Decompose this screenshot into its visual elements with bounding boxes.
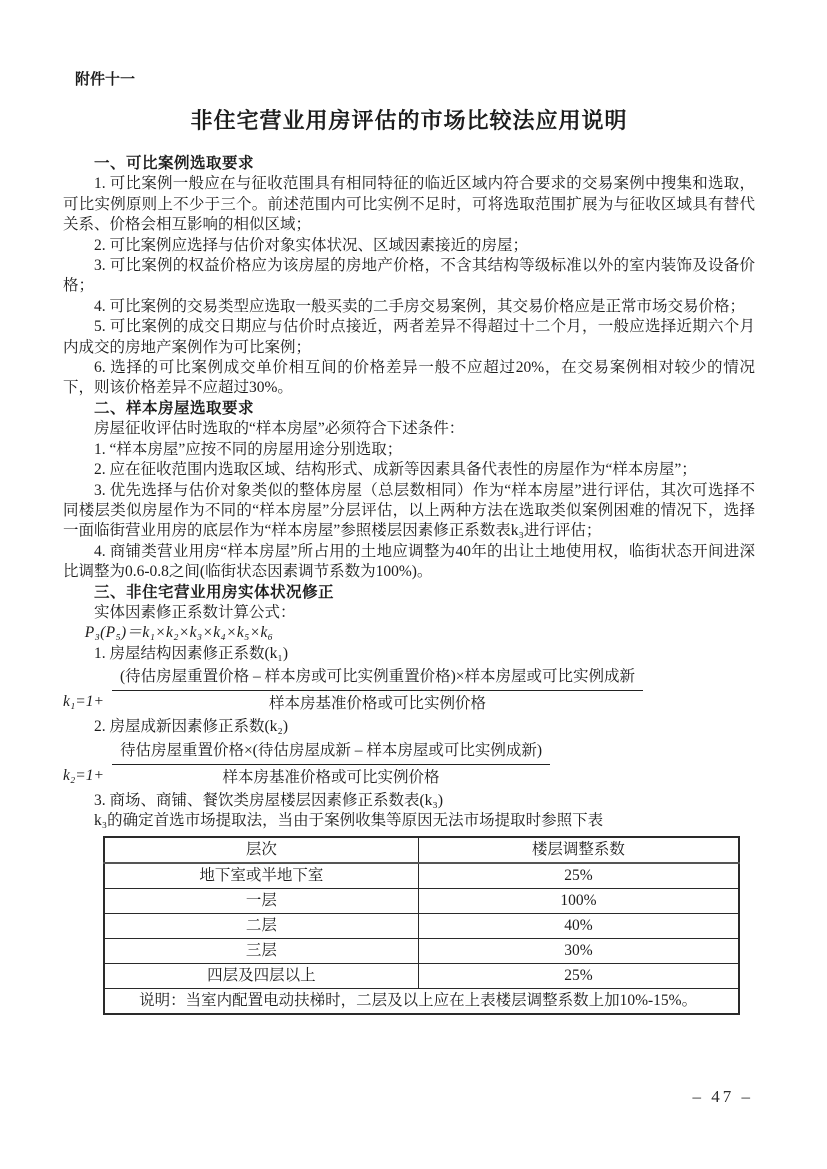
table-header-coefficient: 楼层调整系数 [418,837,739,863]
table-header-floor: 层次 [104,837,418,863]
formula-k1-denominator: 样本房基准价格或可比实例价格 [112,691,643,714]
floor-adjustment-table: 层次 楼层调整系数 地下室或半地下室 25% 一层 100% 二层 40% [103,836,740,1015]
section-3-item-1: 1. 房屋结构因素修正系数(k₁) [63,644,755,664]
table-cell-coefficient: 100% [418,889,739,914]
section-3-formula-intro: 实体因素修正系数计算公式： [63,603,755,623]
table-cell-floor: 四层及四层以上 [104,964,418,989]
section-2-item-3: 3. 优先选择与估价对象类似的整体房屋（总层数相同）作为“样本房屋”进行评估，其… [63,481,755,542]
section-2-item-1: 1. “样本房屋”应按不同的房屋用途分别选取； [63,440,755,460]
formula-k2-numerator: 待估房屋重置价格×(待估房屋成新 – 样本房屋或可比实例成新) [112,741,550,765]
formula-k1-fraction: (待估房屋重置价格 – 样本房或可比实例重置价格)×样本房屋或可比实例成新 样本… [112,667,643,714]
section-1-item-2: 2. 可比案例应选择与估价对象实体状况、区域因素接近的房屋； [63,236,755,256]
section-2-intro: 房屋征收评估时选取的“样本房屋”必须符合下述条件： [63,419,755,439]
floor-table-intro: k₃的确定首选市场提取法，当由于案例收集等原因无法市场提取时参照下表 [63,811,755,831]
page-number: – 47 – [693,1087,754,1107]
table-row: 四层及四层以上 25% [104,964,739,989]
section-3-item-3: 3. 商场、商铺、餐饮类房屋楼层因素修正系数表(k₃) [63,791,755,811]
table-row: 二层 40% [104,914,739,939]
document-content: 附件十一 非住宅营业用房评估的市场比较法应用说明 一、可比案例选取要求 1. 可… [0,0,827,1015]
section-1-item-5: 5. 可比案例的成交日期应与估价时点接近，两者差异不得超过十二个月，一般应选择近… [63,317,755,358]
formula-k1-numerator: (待估房屋重置价格 – 样本房或可比实例重置价格)×样本房屋或可比实例成新 [112,667,643,691]
table-cell-floor: 三层 [104,939,418,964]
section-3-item-2: 2. 房屋成新因素修正系数(k₂) [63,717,755,737]
page-title: 非住宅营业用房评估的市场比较法应用说明 [63,106,755,136]
section-2-item-2: 2. 应在征收范围内选取区域、结构形式、成新等因素具备代表性的房屋作为“样本房屋… [63,460,755,480]
section-1-item-1: 1. 可比案例一般应在与征收范围具有相同特征的临近区域内符合要求的交易案例中搜集… [63,174,755,235]
section-1-item-4: 4. 可比案例的交易类型应选取一般买卖的二手房交易案例，其交易价格应是正常市场交… [63,297,755,317]
table-note: 说明：当室内配置电动扶梯时，二层及以上应在上表楼层调整系数上加10%-15%。 [104,989,739,1015]
formula-k1: k₁=1+ (待估房屋重置价格 – 样本房或可比实例重置价格)×样本房屋或可比实… [63,667,755,714]
section-3-heading: 三、非住宅营业用房实体状况修正 [63,583,755,603]
document-page: 附件十一 非住宅营业用房评估的市场比较法应用说明 一、可比案例选取要求 1. 可… [0,0,827,1169]
formula-k2-lhs: k₂=1+ [63,766,104,788]
section-1-heading: 一、可比案例选取要求 [63,154,755,174]
section-2-heading: 二、样本房屋选取要求 [63,399,755,419]
table-row: 地下室或半地下室 25% [104,863,739,889]
section-1-item-3: 3. 可比案例的权益价格应为该房屋的房地产价格，不含其结构等级标准以外的室内装饰… [63,256,755,297]
formula-k2: k₂=1+ 待估房屋重置价格×(待估房屋成新 – 样本房屋或可比实例成新) 样本… [63,741,755,788]
table-row: 三层 30% [104,939,739,964]
table-cell-coefficient: 30% [418,939,739,964]
main-correction-formula: P₃(P₅)＝k₁×k₂×k₃×k₄×k₅×k₆ [63,623,755,643]
table-cell-coefficient: 25% [418,964,739,989]
table-row: 一层 100% [104,889,739,914]
attachment-label: 附件十一 [63,70,755,90]
section-1-item-6: 6. 选择的可比案例成交单价相互间的价格差异一般不应超过20%，在交易案例相对较… [63,358,755,399]
table-cell-coefficient: 40% [418,914,739,939]
table-cell-floor: 一层 [104,889,418,914]
table-cell-coefficient: 25% [418,863,739,889]
table-note-row: 说明：当室内配置电动扶梯时，二层及以上应在上表楼层调整系数上加10%-15%。 [104,989,739,1015]
formula-k2-denominator: 样本房基准价格或可比实例价格 [112,765,550,788]
formula-k1-lhs: k₁=1+ [63,692,104,714]
table-cell-floor: 地下室或半地下室 [104,863,418,889]
section-2-item-4: 4. 商铺类营业用房“样本房屋”所占用的土地应调整为40年的出让土地使用权，临街… [63,542,755,583]
table-header-row: 层次 楼层调整系数 [104,837,739,863]
table-cell-floor: 二层 [104,914,418,939]
formula-k2-fraction: 待估房屋重置价格×(待估房屋成新 – 样本房屋或可比实例成新) 样本房基准价格或… [112,741,550,788]
